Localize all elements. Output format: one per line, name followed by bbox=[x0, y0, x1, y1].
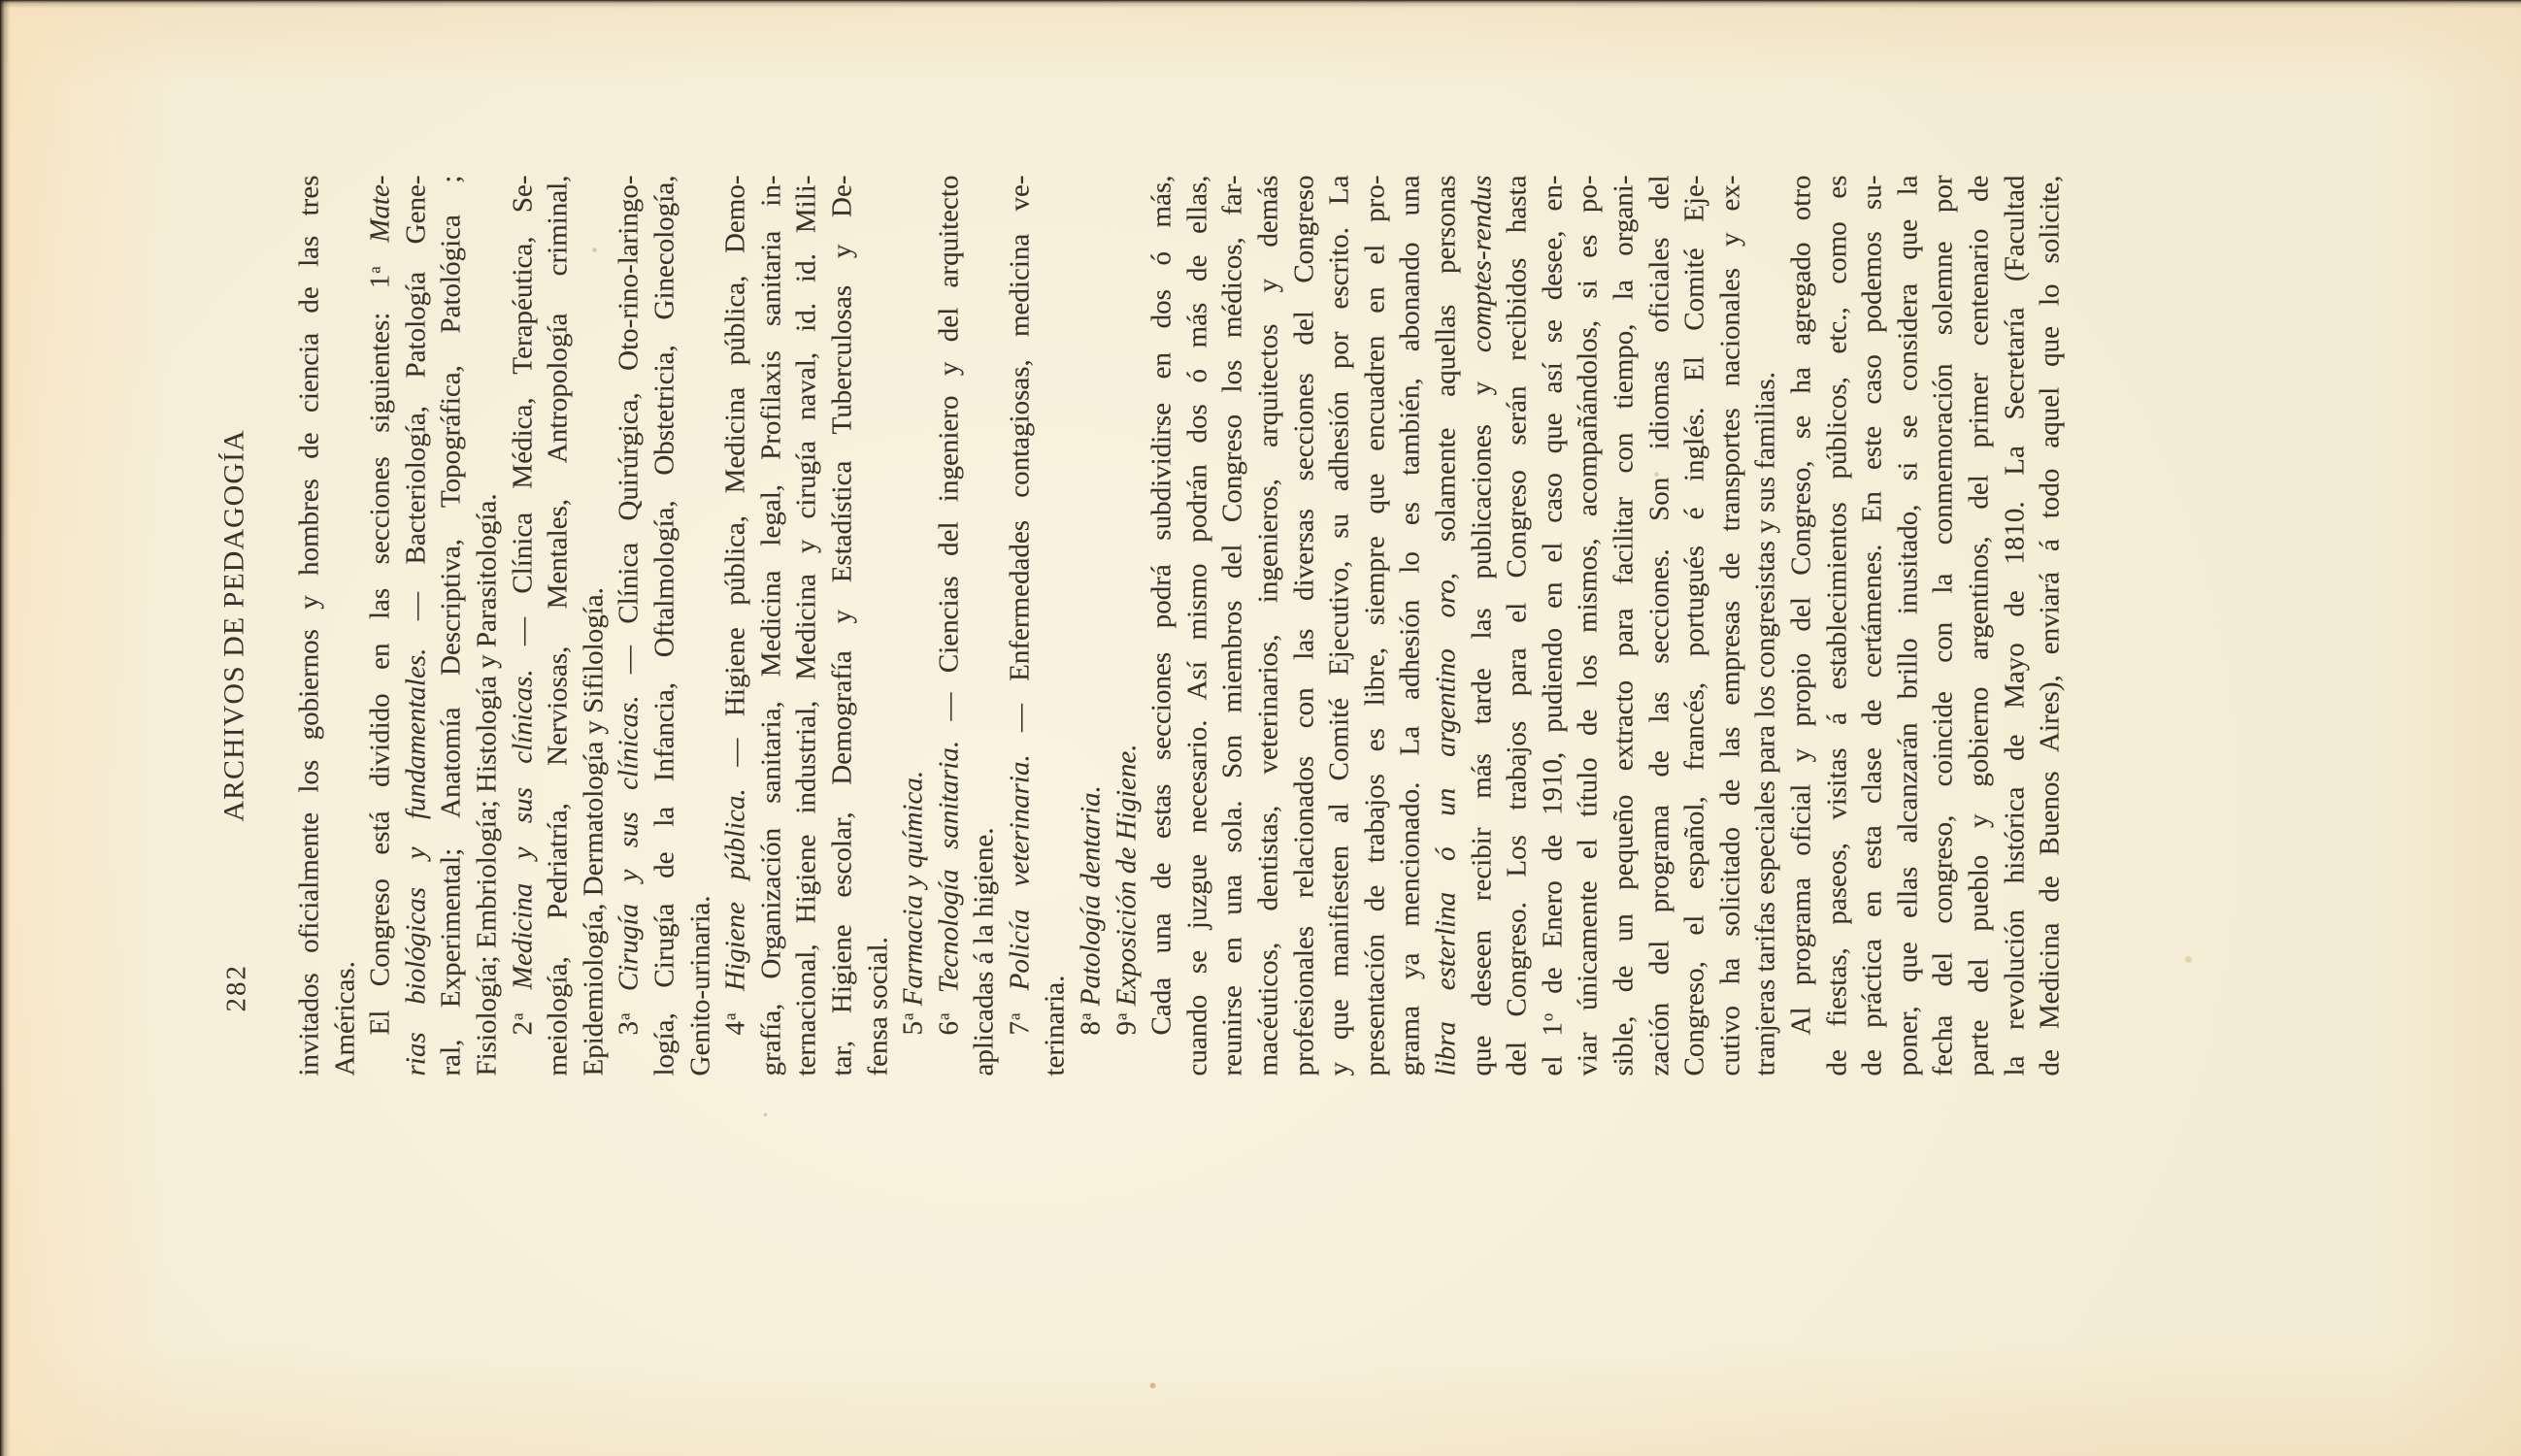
superscript-ordinal: a bbox=[614, 1012, 633, 1019]
text-line: que deseen recibir más tarde las publica… bbox=[1464, 175, 1500, 1075]
text-segment bbox=[1111, 1006, 1142, 1012]
text-segment: de práctica en esta clase de certámenes.… bbox=[1856, 175, 1887, 1075]
text-segment: Al programa oficial y propio del Congres… bbox=[1785, 175, 1816, 1035]
text-line: presentación de trabajos es libre, siemp… bbox=[1357, 175, 1393, 1075]
text-segment: grafía, Organización sanitaria, Medicina… bbox=[755, 175, 786, 1075]
text-segment: 2 bbox=[507, 1021, 538, 1036]
text-segment: que deseen recibir más tarde las publica… bbox=[1466, 352, 1497, 1075]
text-line: fecha del congreso, coincide con la conm… bbox=[1925, 175, 1961, 1075]
text-line: Congreso, el español, francés, portugués… bbox=[1676, 175, 1712, 1075]
text-segment: Epidemiología, Dermatología y Sifilologí… bbox=[578, 587, 609, 1075]
page-number: 282 bbox=[220, 964, 252, 1012]
italic-text: rias biológicas y fundamentales. bbox=[400, 647, 431, 1075]
text-segment: 8 bbox=[1075, 1021, 1106, 1036]
text-line: macéuticos, dentistas, veterinarios, ing… bbox=[1250, 175, 1286, 1075]
text-segment: de Enero de 1910, pudiendo en el caso qu… bbox=[1537, 175, 1568, 1012]
text-line: de práctica en esta clase de certámenes.… bbox=[1854, 175, 1890, 1075]
text-line: 2a Medicina y sus clínicas. — Clínica Mé… bbox=[505, 175, 541, 1075]
text-line: 4a Higiene pública. — Higiene pública, M… bbox=[717, 175, 753, 1075]
text-segment bbox=[1004, 990, 1035, 1012]
text-segment bbox=[719, 990, 750, 1012]
italic-text: Tecnología sanitaria. bbox=[933, 740, 964, 992]
text-segment: el 1 bbox=[1537, 1022, 1568, 1075]
text-segment bbox=[933, 993, 964, 1012]
text-segment: — Clínica Quirúrgica, Oto-rino-laringo- bbox=[613, 175, 644, 695]
text-segment bbox=[364, 242, 395, 265]
text-segment: sible, de un pequeño extracto para facil… bbox=[1608, 175, 1639, 1075]
text-line: cuando se juzgue necesario. Así mismo po… bbox=[1179, 175, 1215, 1075]
text-segment: grama ya mencionado. La adhesión lo es t… bbox=[1394, 175, 1425, 1075]
text-segment: solamente aquellas personas bbox=[1430, 175, 1461, 572]
superscript-ordinal: a bbox=[1076, 1012, 1094, 1019]
text-segment: 5 bbox=[897, 1021, 928, 1036]
page-body: invitados oficialmente los gobiernos y h… bbox=[291, 175, 2068, 1075]
text-line: ternacional, Higiene industrial, Medicin… bbox=[788, 175, 824, 1075]
text-line: meiología, Pedriatría, Nerviosas, Mental… bbox=[540, 175, 576, 1075]
text-segment: aplicadas á la higiene. bbox=[968, 827, 999, 1075]
text-segment bbox=[507, 989, 538, 1012]
text-segment: tar, Higiene escolar, Demografía y Estad… bbox=[826, 175, 857, 1075]
superscript-ordinal: a bbox=[365, 266, 383, 273]
text-segment bbox=[1075, 1006, 1106, 1012]
text-line: y que manifiesten al Comité Ejecutivo, s… bbox=[1321, 175, 1357, 1075]
text-block: 282 ARCHIVOS DE PEDAGOGÍA invitados ofic… bbox=[217, 175, 2068, 1075]
italic-text: Cirugía y sus clínicas. bbox=[613, 695, 644, 991]
text-line: parte del pueblo y gobierno argentinos, … bbox=[1961, 175, 1997, 1075]
text-segment bbox=[613, 991, 644, 1012]
text-segment: viar únicamente el título de los mismos,… bbox=[1572, 175, 1603, 1075]
text-line: 7a Policía veterinaria. — Enfermedades c… bbox=[1002, 175, 1038, 1075]
text-line: grafía, Organización sanitaria, Medicina… bbox=[753, 175, 789, 1075]
scanned-page-canvas: 282 ARCHIVOS DE PEDAGOGÍA invitados ofic… bbox=[0, 0, 2521, 1456]
text-segment: del Congreso. Los trabajos para el Congr… bbox=[1501, 175, 1532, 1075]
text-segment: cutivo ha solicitado de las empresas de … bbox=[1714, 175, 1745, 1075]
text-line: invitados oficialmente los gobiernos y h… bbox=[291, 175, 327, 1075]
text-line: El Congreso está dividido en las seccion… bbox=[362, 175, 398, 1075]
superscript-ordinal: a bbox=[508, 1012, 526, 1019]
text-line: el 1o de Enero de 1910, pudiendo en el c… bbox=[1535, 175, 1571, 1075]
italic-text: Policía veterinaria. bbox=[1004, 754, 1035, 990]
superscript-ordinal: a bbox=[720, 1012, 739, 1019]
text-line: 8a Patología dentaria. bbox=[1073, 175, 1109, 1075]
text-line: Genito-urinaria. bbox=[682, 175, 718, 1075]
text-segment bbox=[897, 1006, 928, 1012]
text-segment: Congreso, el español, francés, portugués… bbox=[1678, 175, 1709, 1075]
text-segment: terinaria. bbox=[1039, 975, 1070, 1075]
text-line: de Medicina de Buenos Aires), enviará á … bbox=[2032, 175, 2068, 1075]
book-page-sheet: 282 ARCHIVOS DE PEDAGOGÍA invitados ofic… bbox=[0, 0, 2521, 1456]
text-line: profesionales relacionados con las diver… bbox=[1286, 175, 1322, 1075]
text-line: grama ya mencionado. La adhesión lo es t… bbox=[1392, 175, 1428, 1075]
text-line: Epidemiología, Dermatología y Sifilologí… bbox=[576, 175, 612, 1075]
italic-text: Mate- bbox=[364, 175, 395, 242]
text-segment: poner, que ellas alcanzarán brillo inusi… bbox=[1892, 175, 1923, 1075]
text-line: rias biológicas y fundamentales. — Bacte… bbox=[398, 175, 434, 1075]
page-header: 282 ARCHIVOS DE PEDAGOGÍA bbox=[217, 175, 262, 1075]
italic-text: libra esterlina ó un argentino oro, bbox=[1430, 572, 1461, 1075]
text-segment: profesionales relacionados con las diver… bbox=[1288, 175, 1319, 1075]
text-line: poner, que ellas alcanzarán brillo inusi… bbox=[1890, 175, 1926, 1075]
text-line: tranjeras tarifas especiales para los co… bbox=[1747, 175, 1783, 1075]
text-line: del Congreso. Los trabajos para el Congr… bbox=[1499, 175, 1535, 1075]
text-line: de fiestas, paseos, visitas á establecim… bbox=[1819, 175, 1855, 1075]
text-segment: — Clínica Médica, Terapéutica, Se- bbox=[507, 175, 538, 669]
text-segment: macéuticos, dentistas, veterinarios, ing… bbox=[1252, 175, 1283, 1075]
text-segment: ral, Experimental; Anatomía Descriptiva,… bbox=[435, 175, 466, 1075]
text-line: Al programa oficial y propio del Congres… bbox=[1783, 175, 1819, 1075]
text-segment: tranjeras tarifas especiales para los co… bbox=[1749, 371, 1780, 1075]
text-line: Fisiología; Embriología; Histología y Pa… bbox=[469, 175, 505, 1075]
text-segment: fecha del congreso, coincide con la conm… bbox=[1927, 175, 1958, 1075]
text-segment: 4 bbox=[719, 1021, 750, 1036]
text-segment: 3 bbox=[613, 1021, 644, 1036]
text-line: logía, Cirugía de la Infancia, Oftalmolo… bbox=[647, 175, 682, 1075]
italic-text: Higiene pública. bbox=[719, 788, 750, 991]
text-segment: y que manifiesten al Comité Ejecutivo, s… bbox=[1323, 175, 1354, 1075]
text-segment: 7 bbox=[1004, 1021, 1035, 1036]
text-line: sible, de un pequeño extracto para facil… bbox=[1606, 175, 1642, 1075]
text-line: viar únicamente el título de los mismos,… bbox=[1570, 175, 1606, 1075]
superscript-ordinal: a bbox=[1111, 1012, 1130, 1019]
superscript-ordinal: a bbox=[934, 1012, 952, 1019]
text-segment: meiología, Pedriatría, Nerviosas, Mental… bbox=[542, 175, 573, 1075]
text-line: ral, Experimental; Anatomía Descriptiva,… bbox=[433, 175, 469, 1075]
text-segment: Fisiología; Embriología; Histología y Pa… bbox=[471, 493, 502, 1075]
text-line: 5a Farmacia y química. bbox=[895, 175, 931, 1075]
text-line: fensa social. bbox=[860, 175, 896, 1075]
text-line: tar, Higiene escolar, Demografía y Estad… bbox=[824, 175, 860, 1075]
text-line: terinaria. bbox=[1037, 175, 1073, 1075]
text-segment: — Ciencias del ingeniero y del arquitect… bbox=[933, 175, 964, 740]
italic-text: Medicina y sus clínicas. bbox=[507, 669, 538, 989]
text-segment: la revolución histórica de Mayo de 1810.… bbox=[1999, 175, 2030, 1075]
text-line: 3a Cirugía y sus clínicas. — Clínica Qui… bbox=[611, 175, 647, 1075]
italic-text: Farmacia y química. bbox=[897, 770, 928, 1005]
text-segment: Genito-urinaria. bbox=[684, 895, 715, 1075]
superscript-ordinal: a bbox=[898, 1012, 916, 1019]
text-line: 9a Exposición de Higiene. bbox=[1109, 175, 1144, 1075]
text-line: Cada una de estas secciones podrá subdiv… bbox=[1144, 175, 1179, 1075]
text-segment: invitados oficialmente los gobiernos y h… bbox=[293, 175, 324, 1075]
superscript-ordinal: o bbox=[1538, 1012, 1556, 1020]
text-segment: cuando se juzgue necesario. Así mismo po… bbox=[1181, 175, 1212, 1075]
italic-text: comptes-rendus bbox=[1466, 175, 1497, 352]
text-segment: zación del programa de las secciones. So… bbox=[1643, 175, 1675, 1075]
text-line: 6a Tecnología sanitaria. — Ciencias del … bbox=[931, 175, 967, 1075]
text-line: aplicadas á la higiene. bbox=[966, 175, 1002, 1075]
text-segment: — Bacteriología, Patología Gene- bbox=[400, 175, 431, 647]
text-segment: Américas. bbox=[329, 961, 360, 1075]
text-segment: fensa social. bbox=[862, 937, 893, 1075]
text-segment: de fiestas, paseos, visitas á establecim… bbox=[1821, 175, 1852, 1075]
text-line: la revolución histórica de Mayo de 1810.… bbox=[1997, 175, 2033, 1075]
text-segment: presentación de trabajos es libre, siemp… bbox=[1359, 175, 1390, 1075]
text-segment: 6 bbox=[933, 1021, 964, 1036]
text-line: reunirse en una sola. Son miembros del C… bbox=[1214, 175, 1250, 1075]
text-line: cutivo ha solicitado de las empresas de … bbox=[1712, 175, 1748, 1075]
text-segment: Cada una de estas secciones podrá subdiv… bbox=[1145, 175, 1177, 1035]
text-segment: ternacional, Higiene industrial, Medicin… bbox=[790, 175, 821, 1075]
text-segment: de Medicina de Buenos Aires), enviará á … bbox=[2034, 175, 2065, 1075]
text-line: Américas. bbox=[327, 175, 363, 1075]
text-segment: El Congreso está dividido en las seccion… bbox=[364, 274, 395, 1035]
text-segment: logía, Cirugía de la Infancia, Oftalmolo… bbox=[648, 175, 680, 1075]
text-segment: parte del pueblo y gobierno argentinos, … bbox=[1963, 175, 1994, 1075]
italic-text: Patología dentaria. bbox=[1075, 785, 1106, 1006]
text-line: zación del programa de las secciones. So… bbox=[1642, 175, 1677, 1075]
text-segment: 9 bbox=[1111, 1021, 1142, 1036]
running-title: ARCHIVOS DE PEDAGOGÍA bbox=[217, 175, 250, 1075]
superscript-ordinal: a bbox=[1005, 1012, 1023, 1019]
text-line: libra esterlina ó un argentino oro, sola… bbox=[1428, 175, 1464, 1075]
text-segment: — Enfermedades contagiosas, medicina ve- bbox=[1004, 175, 1035, 754]
text-segment: reunirse en una sola. Son miembros del C… bbox=[1216, 175, 1247, 1075]
text-segment: — Higiene pública, Medicina pública, Dem… bbox=[719, 175, 750, 788]
italic-text: Exposición de Higiene. bbox=[1111, 744, 1142, 1006]
